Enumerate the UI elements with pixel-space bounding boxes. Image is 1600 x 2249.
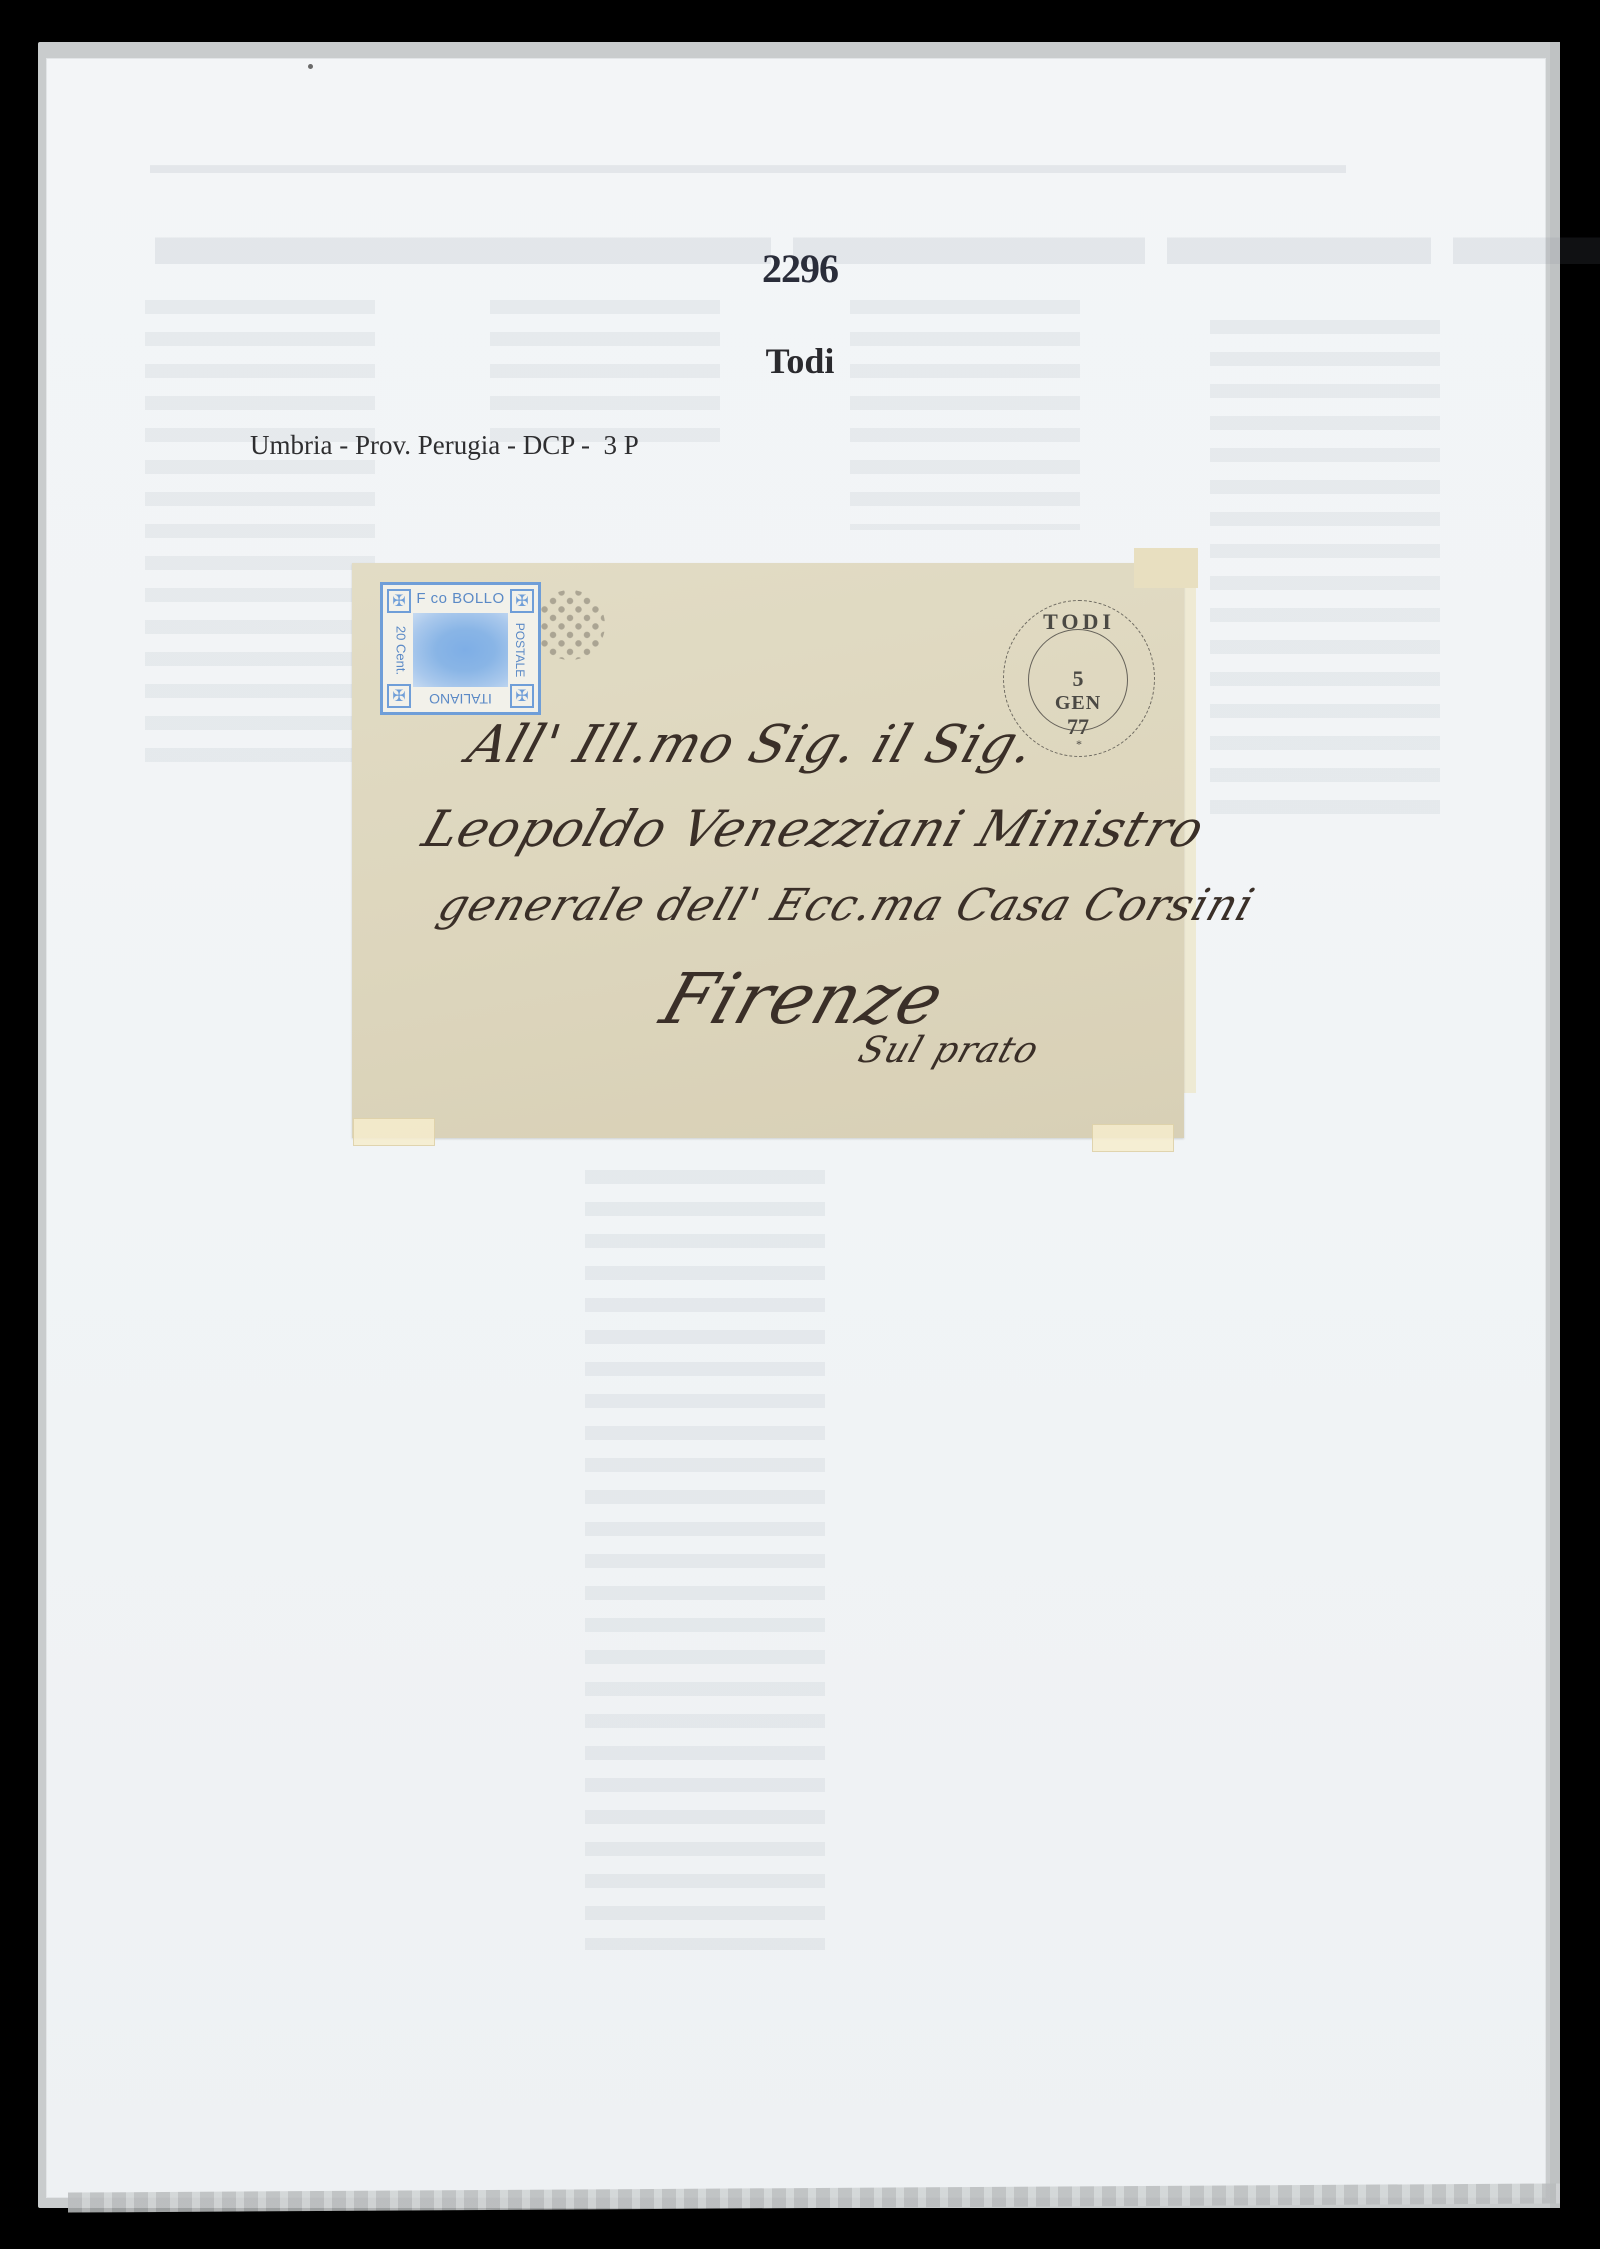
postmark-month: GEN [1029,692,1127,715]
address-line: Leopoldo Venezziani Ministro [416,800,1212,858]
photo-corner-mount [353,1118,435,1146]
stamp-top-text: F co BOLLO [413,590,508,607]
postmark-day: 5 [1029,666,1127,692]
region-line: Umbria - Prov. Perugia - DCP - 3 P [250,430,639,461]
address-line: All' Ill.mo Sig. il Sig. [460,715,1043,775]
ornament-icon: ✠ [387,589,411,613]
lot-number: 2296 [0,245,1600,292]
postage-stamp: ✠ ✠ ✠ ✠ F co BOLLO 20 Cent. POSTALE ITAL… [380,582,541,715]
king-portrait-icon [413,613,508,687]
city-title: Todi [0,340,1600,382]
stamp-side-text: POSTALE [513,608,527,692]
address-street: Sul prato [853,1030,1044,1071]
stamp-value-text: 20 Cent. [394,611,409,691]
dust-speck [308,64,313,69]
address-line: generale dell' Ecc.ma Casa Corsini [432,880,1261,931]
stamp-bottom-text: ITALIANO [413,691,508,707]
photo-corner-mount [1092,1124,1174,1152]
address-city: Firenze [652,958,955,1040]
